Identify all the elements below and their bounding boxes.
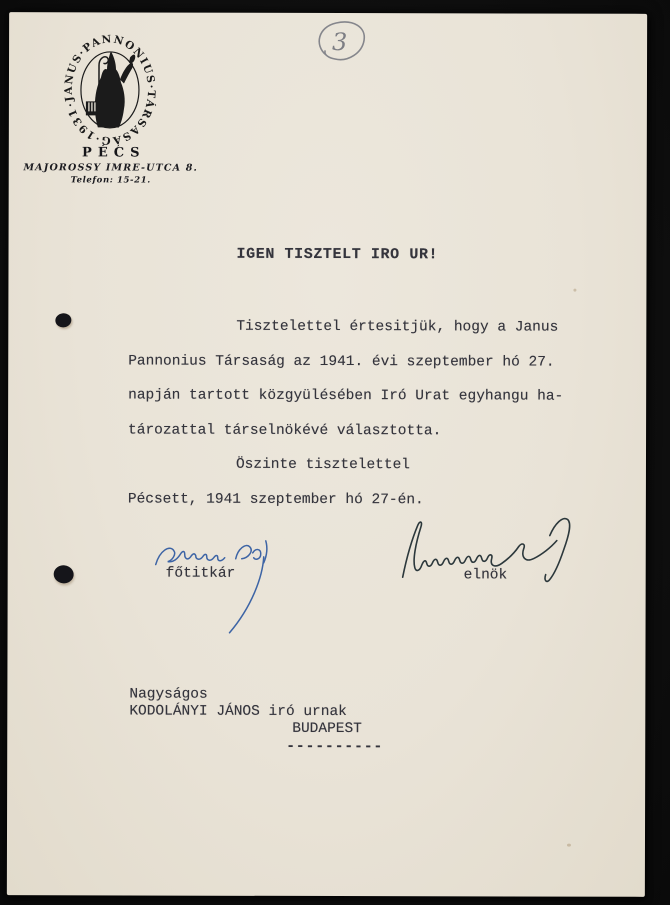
- recipient-underline: ----------: [129, 738, 383, 756]
- body-line: tározattal társelnökévé választotta.: [128, 413, 563, 449]
- letter-body: Tisztelettel értesitjük, hogy a Janus Pa…: [128, 309, 564, 517]
- photo-background: ·JANUS·PANNONIUS·TÁRSASÁG·1931 PÉCS MAJO…: [0, 0, 670, 905]
- body-line: Tisztelettel értesitjük, hogy a Janus: [128, 309, 563, 345]
- punch-hole: [54, 312, 72, 328]
- pencil-page-number-annotation: 3: [306, 17, 376, 67]
- salutation-line: IGEN TISZTELT IRO UR!: [237, 246, 439, 264]
- page-number-text: 3: [332, 28, 347, 56]
- signature-secretary-handwriting: [150, 525, 300, 640]
- book-icon: [86, 101, 98, 115]
- letterhead-telephone: Telefon: 15-21.: [31, 175, 191, 185]
- body-line: napján tartott közgyülésében Iró Urat eg…: [128, 378, 563, 414]
- punch-hole: [53, 564, 75, 584]
- paper-speck: [567, 844, 571, 847]
- recipient-address-block: Nagyságos KODOLÁNYI JÁNOS iró urnak BUDA…: [129, 686, 383, 755]
- signature-title-president: elnök: [464, 567, 508, 583]
- signature-title-secretary: főtitkár: [166, 566, 236, 582]
- body-line: Pécsett, 1941 szeptember hó 27-én.: [128, 482, 563, 518]
- recipient-honorific: Nagyságos: [129, 686, 383, 704]
- recipient-city: BUDAPEST: [129, 721, 383, 739]
- janus-pannonius-society-seal: ·JANUS·PANNONIUS·TÁRSASÁG·1931: [50, 27, 170, 157]
- body-line: Pannonius Társaság az 1941. évi szeptemb…: [128, 344, 563, 380]
- letter-page: ·JANUS·PANNONIUS·TÁRSASÁG·1931 PÉCS MAJO…: [7, 12, 647, 897]
- body-line: Öszinte tisztelettel: [128, 447, 563, 483]
- paper-speck: [573, 289, 576, 292]
- recipient-name: KODOLÁNYI JÁNOS iró urnak: [129, 704, 383, 722]
- bishop-figure-silhouette: [86, 52, 135, 128]
- letterhead-address: MAJOROSSY IMRE-UTCA 8.: [21, 162, 201, 173]
- letterhead-city: PÉCS: [31, 145, 191, 160]
